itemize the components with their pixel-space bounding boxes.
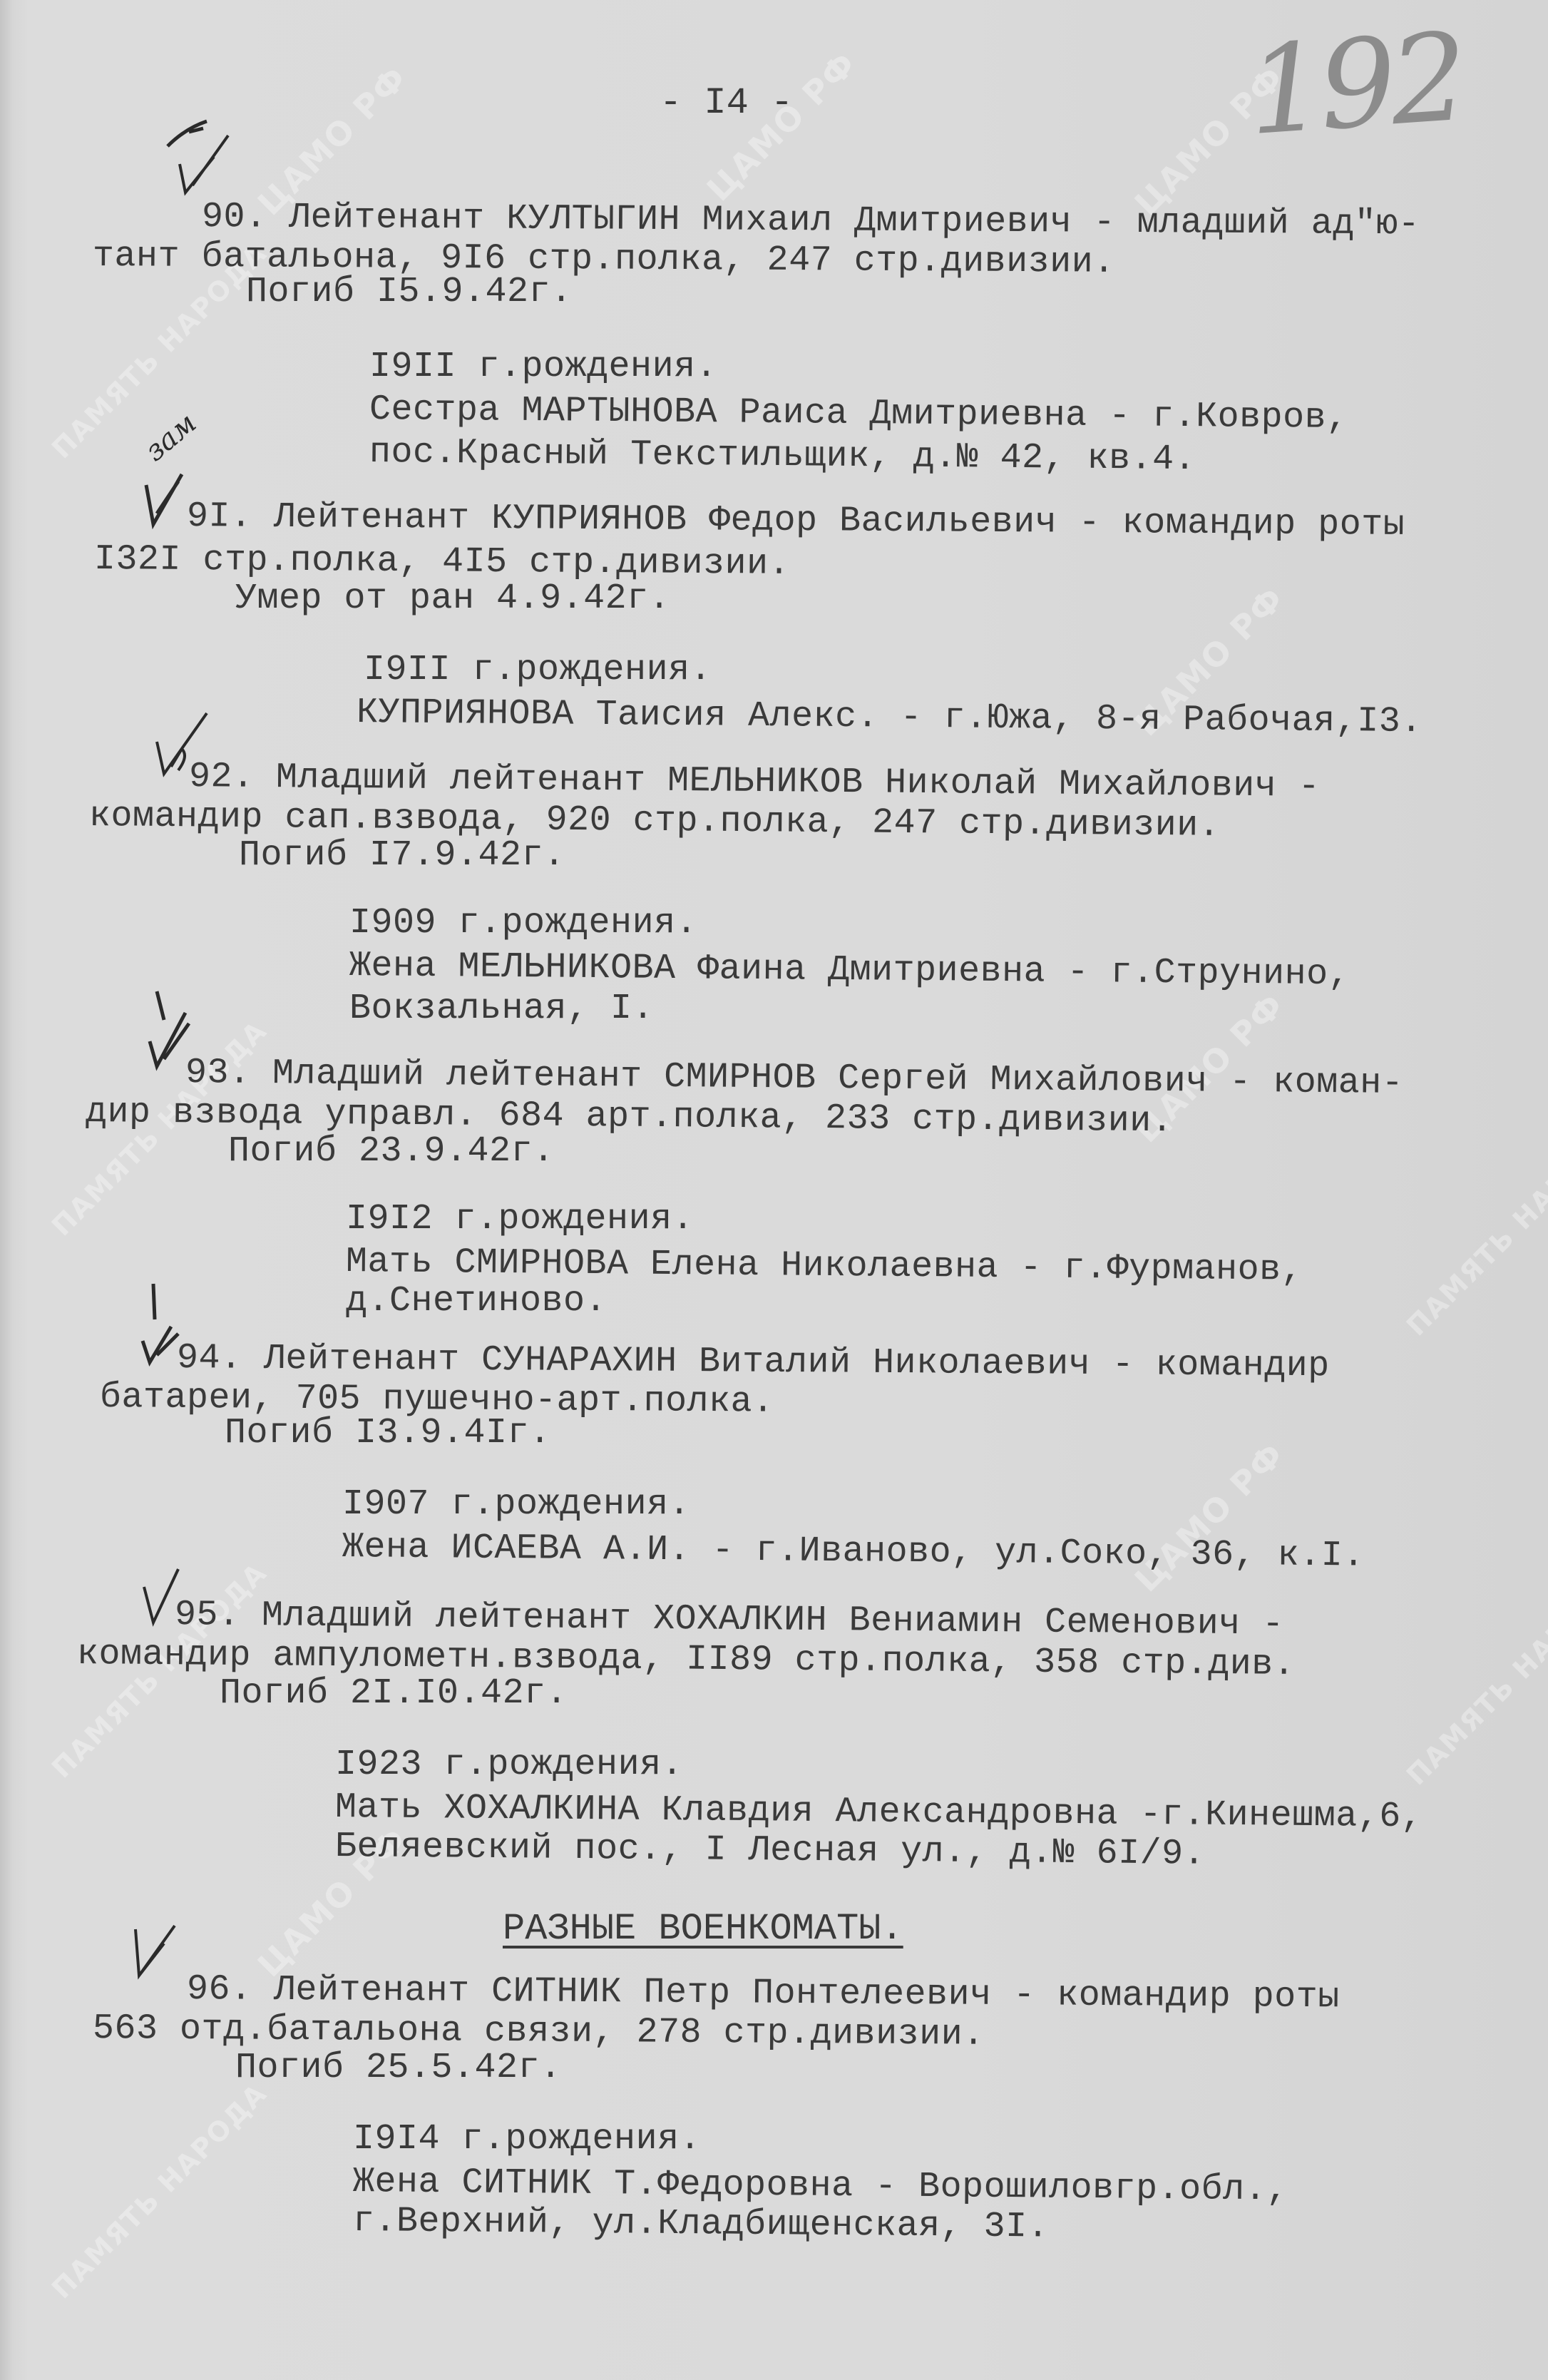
section-heading: РАЗНЫЕ ВОЕНКОМАТЫ. xyxy=(503,1908,903,1950)
entry-91-birth: I9II г.рождения. xyxy=(364,653,712,688)
handwritten-zam-note: зам xyxy=(138,407,203,468)
entry-94-line-1: 94. Лейтенант СУНАРАХИН Виталий Николаев… xyxy=(177,1341,1330,1384)
entry-96-death: Погиб 25.5.42г. xyxy=(235,2050,562,2086)
watermark-pamyat: ПАМЯТЬ НАРОДА xyxy=(46,2078,273,2305)
entry-91-line-1: 9I. Лейтенант КУПРИЯНОВ Федор Васильевич… xyxy=(187,499,1405,543)
entry-91-death: Умер от ран 4.9.42г. xyxy=(235,581,670,617)
checkmark-icon xyxy=(132,1922,182,1979)
entry-92-relative-1: Жена МЕЛЬНИКОВА Фаина Дмитриевна - г.Стр… xyxy=(349,949,1350,993)
entry-94-relative-1: Жена ИСАЕВА А.И. - г.Иваново, ул.Соко, 3… xyxy=(342,1530,1365,1575)
watermark-pamyat: ПАМЯТЬ НАРОДА xyxy=(1400,1115,1548,1342)
entry-90-relative-1: Сестра МАРТЫНОВА Раиса Дмитриевна - г.Ко… xyxy=(369,392,1348,436)
entry-94-death: Погиб I3.9.4Iг. xyxy=(225,1416,551,1451)
handwritten-archive-number: 192 xyxy=(1243,7,1467,163)
entry-96-relative-2: г.Верхний, ул.Кладбищенская, 3I. xyxy=(353,2204,1050,2246)
entry-95-relative-2: Беляевский пос., I Лесная ул., д.№ 6I/9. xyxy=(335,1829,1206,1873)
watermark-pamyat: ПАМЯТЬ НАРОДА xyxy=(1400,1564,1548,1792)
entry-92-birth: I909 г.рождения. xyxy=(349,906,697,941)
entry-94-birth: I907 г.рождения. xyxy=(342,1487,690,1523)
entry-96-line-1: 96. Лейтенант СИТНИК Петр Понтелеевич - … xyxy=(187,1972,1340,2016)
entry-90-death: Погиб I5.9.42г. xyxy=(246,275,573,310)
entry-93-birth: I9I2 г.рождения. xyxy=(346,1202,694,1237)
entry-95-death: Погиб 2I.I0.42г. xyxy=(220,1676,568,1712)
checkmark-icon xyxy=(164,114,228,193)
entry-93-death: Погиб 23.9.42г. xyxy=(228,1134,555,1170)
entry-91-relative-1: КУПРИЯНОВА Таисия Алекс. - г.Южа, 8-я Ра… xyxy=(357,695,1423,740)
entry-90-birth: I9II г.рождения. xyxy=(369,349,717,385)
entry-90-line-1: 90. Лейтенант КУЛТЫГИН Михаил Дмитриевич… xyxy=(202,200,1420,242)
entry-92-death: Погиб I7.9.42г. xyxy=(239,838,565,874)
watermark-tsamo: ЦАМО РФ xyxy=(699,44,864,209)
entry-96-line-2: 563 отд.батальона связи, 278 стр.дивизии… xyxy=(93,2011,985,2053)
entry-92-relative-2: Вокзальная, I. xyxy=(349,991,654,1027)
entry-93-relative-2: д.Снетиново. xyxy=(346,1284,607,1319)
checkmark-icon xyxy=(139,471,189,528)
page-number: - I4 - xyxy=(660,82,793,124)
document-page: ЦАМО РФ ЦАМО РФ ЦАМО РФ ПАМЯТЬ НАРОДА ЦА… xyxy=(0,0,1548,2380)
entry-96-birth: I9I4 г.рождения. xyxy=(353,2122,701,2157)
entry-90-relative-2: пос.Красный Текстильщик, д.№ 42, кв.4. xyxy=(369,435,1196,478)
entry-95-birth: I923 г.рождения. xyxy=(335,1747,683,1783)
entry-91-line-2: I32I стр.полка, 4I5 стр.дивизии. xyxy=(94,542,790,583)
